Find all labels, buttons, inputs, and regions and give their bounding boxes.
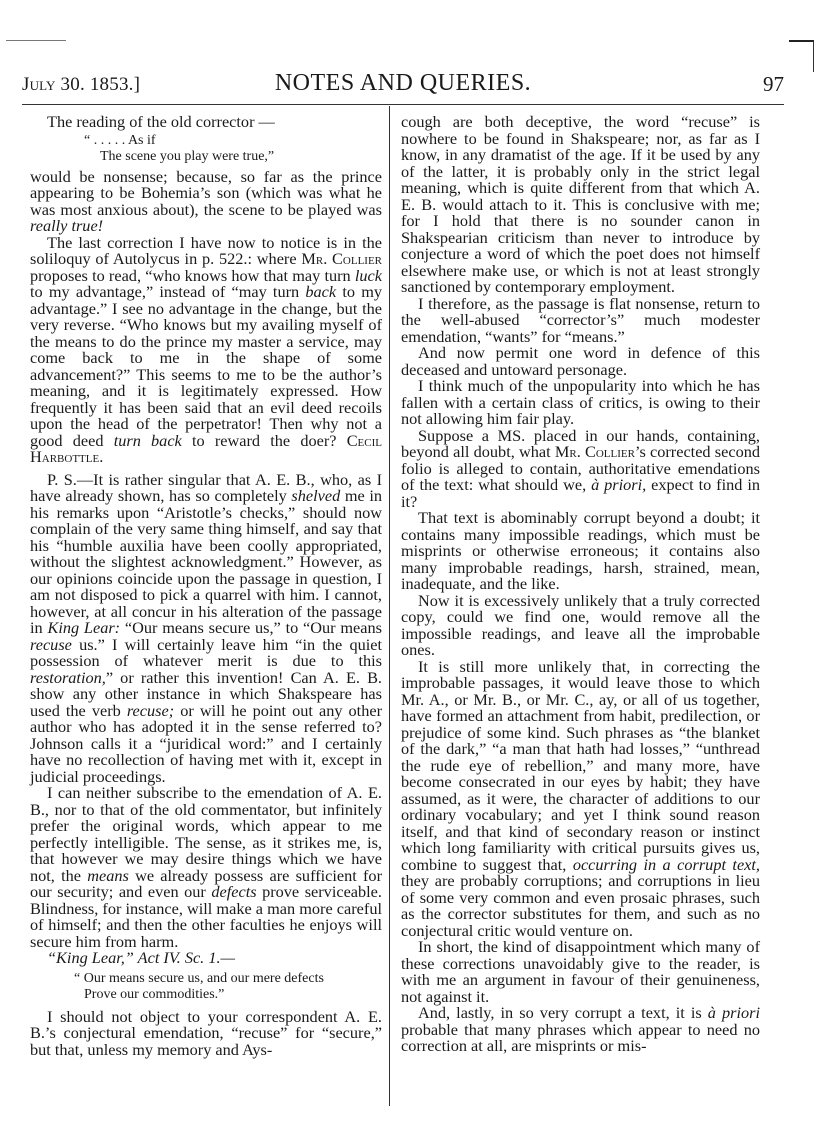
- paragraph: P. S.—It is rather singular that A. E. B…: [30, 472, 382, 786]
- page-number: 97: [763, 72, 784, 97]
- paragraph: That text is abominably corrupt beyond a…: [401, 510, 760, 593]
- page-corner-mark: [789, 40, 814, 72]
- top-scan-rule: [6, 40, 66, 41]
- header-rule: [22, 104, 784, 105]
- paragraph: I therefore, as the passage is flat nons…: [401, 296, 760, 346]
- verse-line: “ . . . . . As if: [30, 133, 382, 149]
- left-column: The reading of the old corrector — “ . .…: [30, 114, 382, 1058]
- intro-line: The reading of the old corrector —: [30, 114, 382, 131]
- paragraph: The last correction I have now to notice…: [30, 235, 382, 466]
- paragraph: And now permit one word in defence of th…: [401, 345, 760, 378]
- journal-title: NOTES AND QUERIES.: [22, 70, 784, 97]
- paragraph: would be nonsense; because, so far as th…: [30, 169, 382, 235]
- running-header: July 30. 1853.] NOTES AND QUERIES. 97: [22, 68, 784, 104]
- verse-quote-2: “ Our means secure us, and our mere defe…: [74, 971, 382, 1003]
- paragraph: In short, the kind of disappointment whi…: [401, 939, 760, 1005]
- right-column: cough are both deceptive, the word “recu…: [401, 114, 760, 1055]
- paragraph: It is still more unlikely that, in corre…: [401, 659, 760, 940]
- paragraph: I should not object to your corresponden…: [30, 1009, 382, 1059]
- paragraph: And, lastly, in so very corrupt a text, …: [401, 1005, 760, 1055]
- verse-quote-1: “ . . . . . As if The scene you play wer…: [30, 133, 382, 165]
- verse-line: Prove our commodities.”: [74, 987, 382, 1003]
- verse-line: “ Our means secure us, and our mere defe…: [74, 971, 382, 987]
- paragraph: Suppose a MS. placed in our hands, conta…: [401, 428, 760, 511]
- column-divider: [389, 106, 390, 1106]
- paragraph: I think much of the unpopularity into wh…: [401, 378, 760, 428]
- verse-line: The scene you play were true,”: [30, 149, 382, 165]
- paragraph: cough are both deceptive, the word “recu…: [401, 114, 760, 296]
- section-heading: “King Lear,” Act IV. Sc. 1.—: [30, 950, 382, 967]
- paragraph: I can neither subscribe to the emendatio…: [30, 785, 382, 950]
- paragraph: Now it is excessively unlikely that a tr…: [401, 593, 760, 659]
